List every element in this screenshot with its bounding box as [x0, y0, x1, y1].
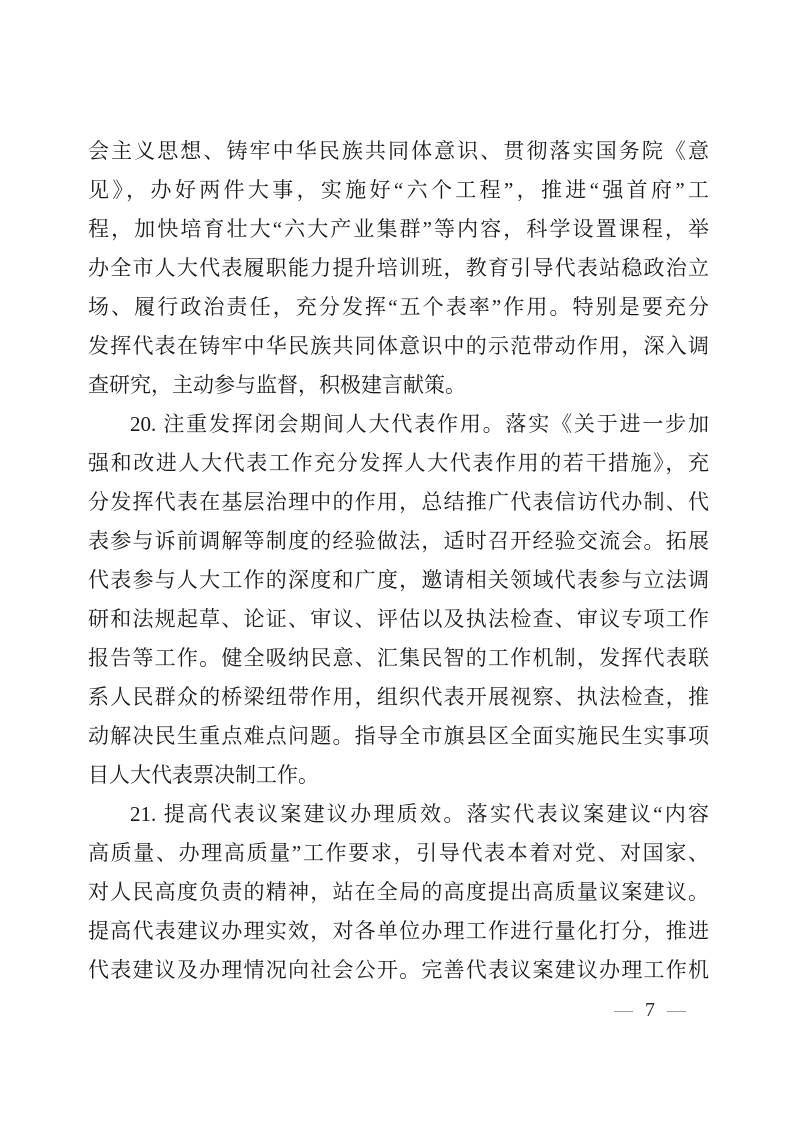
text-line: 程，加快培育壮大“六大产业集群”等内容，科学设置课程，举 — [88, 210, 709, 249]
text-line: 办全市人大代表履职能力提升培训班，教育引导代表站稳政治立 — [88, 249, 709, 288]
footer-dash-left: — — [614, 1000, 633, 1021]
text-line: 对人民高度负责的精神，站在全局的高度提出高质量议案建议。 — [88, 873, 709, 912]
text-line: 20. 注重发挥闭会期间人大代表作用。落实《关于进一步加 — [88, 405, 709, 444]
page-footer: —7— — [614, 996, 686, 1024]
page-number: 7 — [645, 999, 655, 1021]
document-body: 会主义思想、铸牢中华民族共同体意识、贯彻落实国务院《意 见》，办好两件大事，实施… — [88, 132, 709, 990]
footer-dash-right: — — [667, 1000, 686, 1021]
text-line: 提高代表建议办理实效，对各单位办理工作进行量化打分，推进 — [88, 912, 709, 951]
paragraph-continuation: 会主义思想、铸牢中华民族共同体意识、贯彻落实国务院《意 见》，办好两件大事，实施… — [88, 132, 709, 405]
text-line: 分发挥代表在基层治理中的作用，总结推广代表信访代办制、代 — [88, 483, 709, 522]
text-line: 报告等工作。健全吸纳民意、汇集民智的工作机制，发挥代表联 — [88, 639, 709, 678]
text-line: 发挥代表在铸牢中华民族共同体意识中的示范带动作用，深入调 — [88, 327, 709, 366]
text-line: 目人大代表票决制工作。 — [88, 756, 709, 795]
text-line: 代表建议及办理情况向社会公开。完善代表议案建议办理工作机 — [88, 951, 709, 990]
paragraph-item-21: 21. 提高代表议案建议办理质效。落实代表议案建议“内容 高质量、办理高质量”工… — [88, 795, 709, 990]
paragraph-item-20: 20. 注重发挥闭会期间人大代表作用。落实《关于进一步加 强和改进人大代表工作充… — [88, 405, 709, 795]
text-line: 查研究，主动参与监督，积极建言献策。 — [88, 366, 709, 405]
text-line: 代表参与人大工作的深度和广度，邀请相关领域代表参与立法调 — [88, 561, 709, 600]
text-line: 见》，办好两件大事，实施好“六个工程”，推进“强首府”工 — [88, 171, 709, 210]
document-page: 会主义思想、铸牢中华民族共同体意识、贯彻落实国务院《意 见》，办好两件大事，实施… — [0, 0, 794, 1123]
text-line: 会主义思想、铸牢中华民族共同体意识、贯彻落实国务院《意 — [88, 132, 709, 171]
text-line: 21. 提高代表议案建议办理质效。落实代表议案建议“内容 — [88, 795, 709, 834]
text-line: 系人民群众的桥梁纽带作用，组织代表开展视察、执法检查，推 — [88, 678, 709, 717]
text-line: 动解决民生重点难点问题。指导全市旗县区全面实施民生实事项 — [88, 717, 709, 756]
text-line: 场、履行政治责任，充分发挥“五个表率”作用。特别是要充分 — [88, 288, 709, 327]
text-line: 表参与诉前调解等制度的经验做法，适时召开经验交流会。拓展 — [88, 522, 709, 561]
text-line: 研和法规起草、论证、审议、评估以及执法检查、审议专项工作 — [88, 600, 709, 639]
text-line: 高质量、办理高质量”工作要求，引导代表本着对党、对国家、 — [88, 834, 709, 873]
text-line: 强和改进人大代表工作充分发挥人大代表作用的若干措施》，充 — [88, 444, 709, 483]
